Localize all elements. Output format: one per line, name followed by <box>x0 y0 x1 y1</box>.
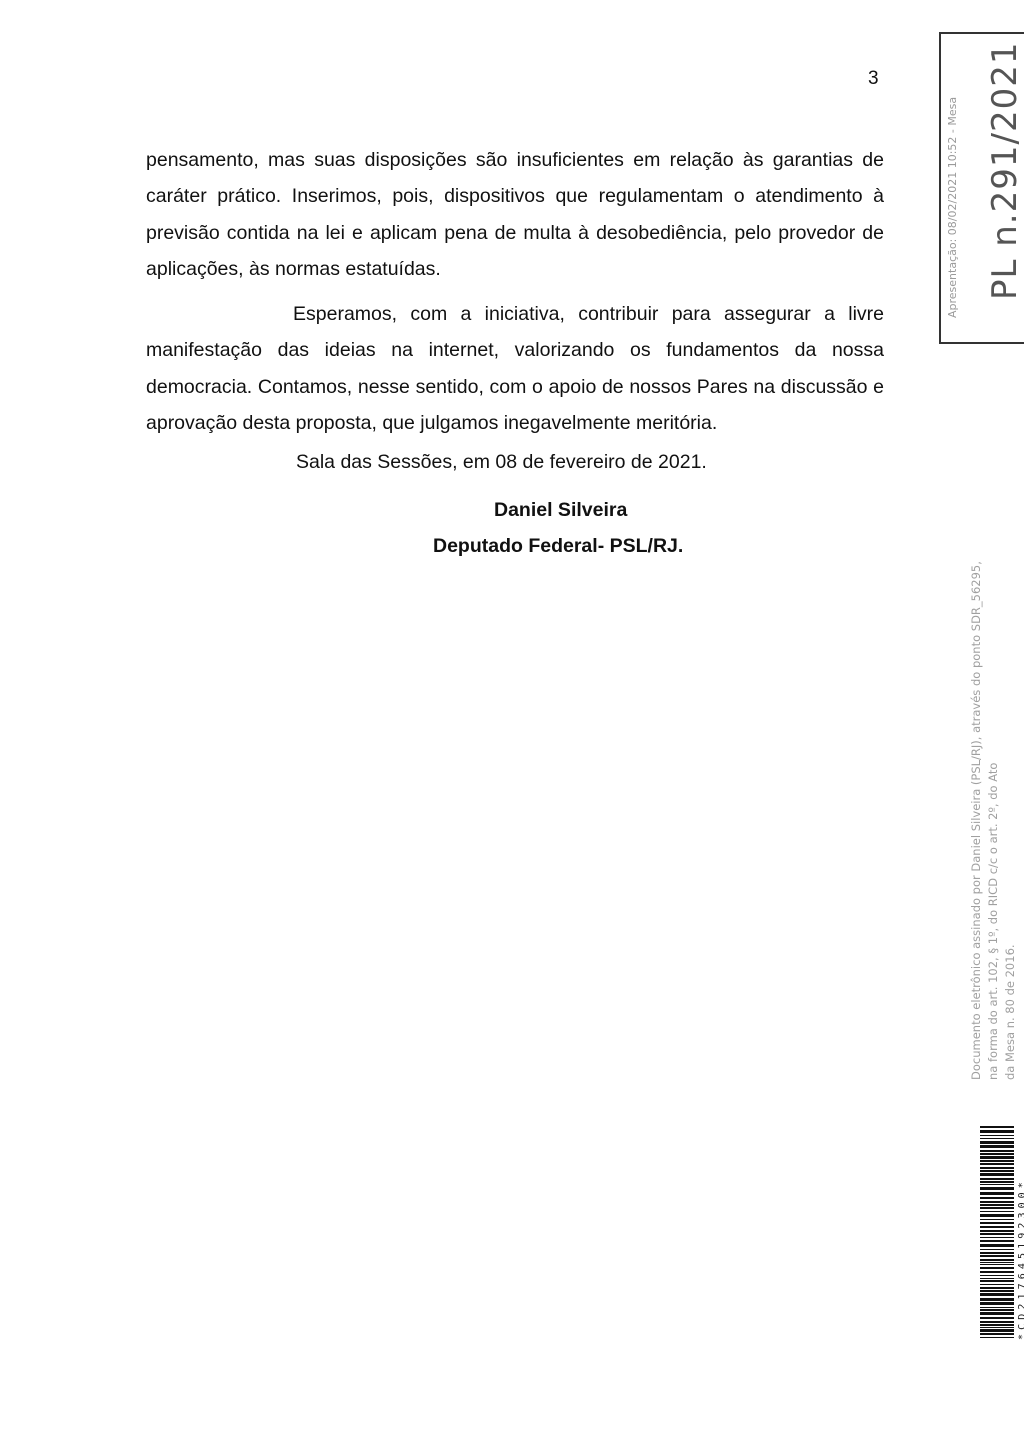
paragraph-text: pensamento, mas suas disposições são ins… <box>146 142 884 287</box>
e-sign-line: da Mesa n. 80 de 2016. <box>1002 561 1019 1080</box>
barcode-text: *CD217645192300* <box>1017 1178 1024 1340</box>
presentation-timestamp: Apresentação: 08/02/2021 10:52 - Mesa <box>946 97 959 318</box>
session-place-date: Sala das Sessões, em 08 de fevereiro de … <box>296 451 707 474</box>
bill-number: PL n.291/2021 <box>985 42 1024 301</box>
electronic-signature-notice: Documento eletrônico assinado por Daniel… <box>968 561 1019 1080</box>
barcode-icon <box>980 1126 1014 1338</box>
page-number: 3 <box>868 68 879 90</box>
signatory-name: Daniel Silveira <box>494 499 627 522</box>
paragraph-text: Esperamos, com a iniciativa, contribuir … <box>146 296 884 441</box>
e-sign-line: na forma do art. 102, § 1º, do RICD c/c … <box>985 561 1002 1080</box>
e-sign-line: Documento eletrônico assinado por Daniel… <box>968 561 985 1080</box>
paragraph-closing-appeal: Esperamos, com a iniciativa, contribuir … <box>146 296 884 441</box>
paragraph-justification-end: pensamento, mas suas disposições são ins… <box>146 142 884 287</box>
signatory-role: Deputado Federal- PSL/RJ. <box>433 535 683 558</box>
